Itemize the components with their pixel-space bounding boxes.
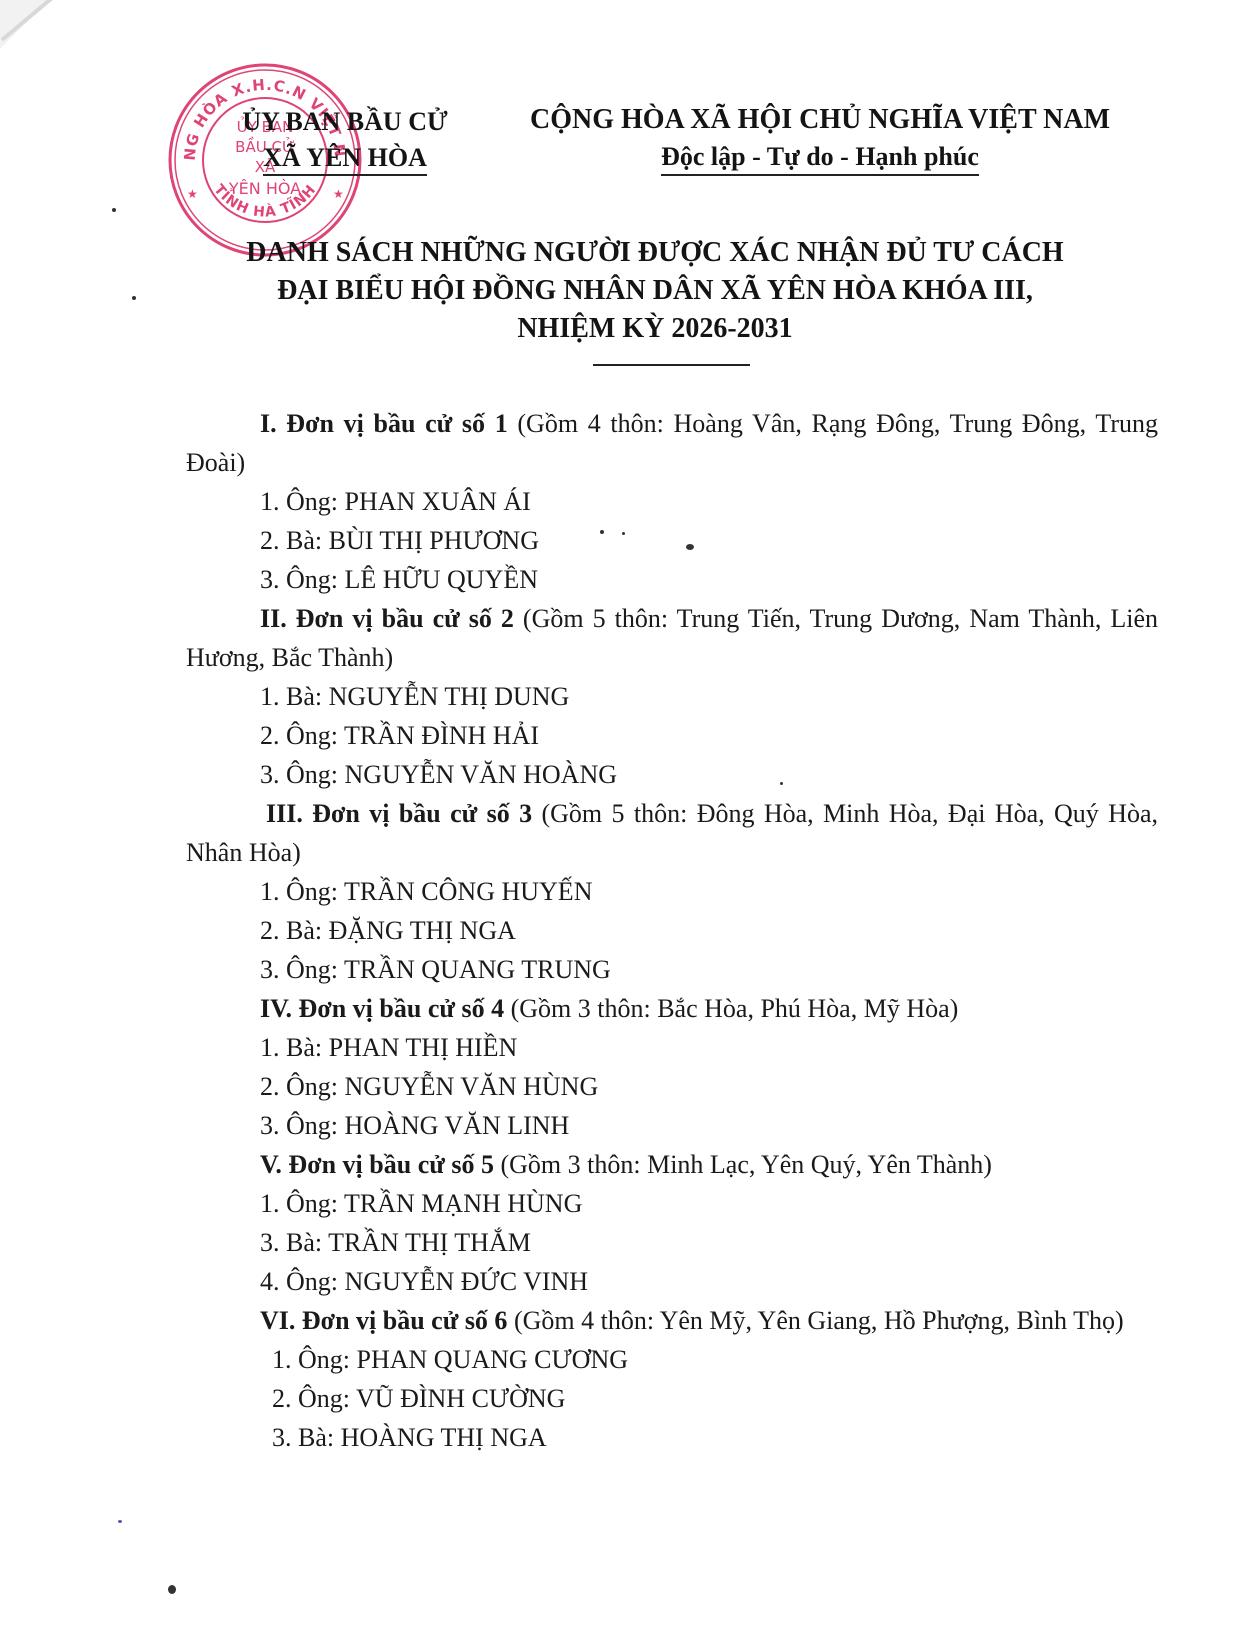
unit-detail: (Gồm 3 thôn: Bắc Hòa, Phú Hòa, Mỹ Hòa) — [504, 994, 958, 1023]
national-heading: CỘNG HÒA XÃ HỘI CHỦ NGHĨA VIỆT NAM Độc l… — [500, 100, 1140, 176]
delegate-item: 3. Ông: HOÀNG VĂN LINH — [186, 1106, 1158, 1145]
title-line-3: NHIỆM KỲ 2026-2031 — [180, 310, 1130, 348]
delegate-item: 2. Ông: TRẦN ĐÌNH HẢI — [186, 716, 1158, 755]
scan-speck — [622, 532, 625, 535]
unit-detail: (Gồm 3 thôn: Minh Lạc, Yên Quý, Yên Thàn… — [494, 1150, 992, 1179]
scan-speck — [118, 1520, 122, 1523]
delegate-item: 1. Ông: TRẦN CÔNG HUYẾN — [186, 872, 1158, 911]
svg-text:TỈNH HÀ TĨNH: TỈNH HÀ TĨNH — [210, 182, 319, 221]
title-line-2: ĐẠI BIỂU HỘI ĐỒNG NHÂN DÂN XÃ YÊN HÒA KH… — [180, 272, 1130, 310]
scan-speck — [686, 544, 694, 550]
delegate-list: I. Đơn vị bầu cử số 1 (Gồm 4 thôn: Hoàng… — [186, 404, 1158, 1457]
unit-detail: (Gồm 4 thôn: Yên Mỹ, Yên Giang, Hồ Phượn… — [507, 1306, 1123, 1335]
title-line-1: DANH SÁCH NHỮNG NGƯỜI ĐƯỢC XÁC NHẬN ĐỦ T… — [180, 234, 1130, 272]
scan-speck — [168, 1585, 176, 1594]
delegate-item: 3. Ông: NGUYỄN VĂN HOÀNG — [186, 755, 1158, 794]
electoral-unit-3: III. Đơn vị bầu cử số 3 (Gồm 5 thôn: Đôn… — [186, 794, 1158, 872]
national-motto: Độc lập - Tự do - Hạnh phúc — [661, 140, 979, 176]
seal-inner-line-4: YÊN HÒA — [228, 179, 301, 198]
scan-speck — [132, 296, 136, 300]
unit-heading: VI. Đơn vị bầu cử số 6 — [260, 1306, 507, 1335]
seal-bottom-text: TỈNH HÀ TĨNH — [210, 182, 319, 221]
authority-line-2: XÃ YÊN HÒA — [263, 142, 427, 176]
scan-speck — [600, 530, 604, 534]
issuing-authority: ỦY BAN BẦU CỬ XÃ YÊN HÒA — [215, 104, 475, 176]
unit-heading: V. Đơn vị bầu cử số 5 — [260, 1150, 494, 1179]
electoral-unit-2: II. Đơn vị bầu cử số 2 (Gồm 5 thôn: Trun… — [186, 599, 1158, 677]
unit-heading: III. Đơn vị bầu cử số 3 — [266, 799, 532, 828]
delegate-item: 4. Ông: NGUYỄN ĐỨC VINH — [186, 1262, 1158, 1301]
scan-speck — [112, 208, 116, 212]
delegate-item: 1. Ông: PHAN QUANG CƯƠNG — [186, 1340, 1158, 1379]
authority-line-1: ỦY BAN BẦU CỬ — [215, 104, 475, 140]
delegate-item: 2. Ông: NGUYỄN VĂN HÙNG — [186, 1067, 1158, 1106]
delegate-item: 1. Ông: PHAN XUÂN ÁI — [186, 482, 1158, 521]
page-corner-fold — [0, 0, 90, 70]
title-underline-rule — [593, 364, 750, 366]
delegate-item: 3. Bà: HOÀNG THỊ NGA — [186, 1418, 1158, 1457]
delegate-item: 3. Bà: TRẦN THỊ THẮM — [186, 1223, 1158, 1262]
electoral-unit-1: I. Đơn vị bầu cử số 1 (Gồm 4 thôn: Hoàng… — [186, 404, 1158, 482]
document-title: DANH SÁCH NHỮNG NGƯỜI ĐƯỢC XÁC NHẬN ĐỦ T… — [180, 234, 1130, 348]
delegate-item: 2. Bà: ĐẶNG THỊ NGA — [186, 911, 1158, 950]
delegate-item: 1. Bà: NGUYỄN THỊ DUNG — [186, 677, 1158, 716]
unit-heading: I. Đơn vị bầu cử số 1 — [260, 409, 508, 438]
delegate-item: 2. Bà: BÙI THỊ PHƯƠNG — [186, 521, 1158, 560]
electoral-unit-4: IV. Đơn vị bầu cử số 4 (Gồm 3 thôn: Bắc … — [186, 989, 1158, 1028]
unit-heading: II. Đơn vị bầu cử số 2 — [260, 604, 514, 633]
electoral-unit-6: VI. Đơn vị bầu cử số 6 (Gồm 4 thôn: Yên … — [186, 1301, 1158, 1340]
scan-speck — [780, 782, 783, 785]
delegate-item: 1. Ông: TRẦN MẠNH HÙNG — [186, 1184, 1158, 1223]
unit-heading: IV. Đơn vị bầu cử số 4 — [260, 994, 504, 1023]
nation-name: CỘNG HÒA XÃ HỘI CHỦ NGHĨA VIỆT NAM — [500, 100, 1140, 140]
delegate-item: 2. Ông: VŨ ĐÌNH CƯỜNG — [186, 1379, 1158, 1418]
electoral-unit-5: V. Đơn vị bầu cử số 5 (Gồm 3 thôn: Minh … — [186, 1145, 1158, 1184]
delegate-item: 3. Ông: TRẦN QUANG TRUNG — [186, 950, 1158, 989]
seal-star-left-icon: ★ — [187, 187, 198, 201]
delegate-item: 3. Ông: LÊ HỮU QUYỀN — [186, 560, 1158, 599]
delegate-item: 1. Bà: PHAN THỊ HIỀN — [186, 1028, 1158, 1067]
seal-star-right-icon: ★ — [333, 187, 344, 201]
